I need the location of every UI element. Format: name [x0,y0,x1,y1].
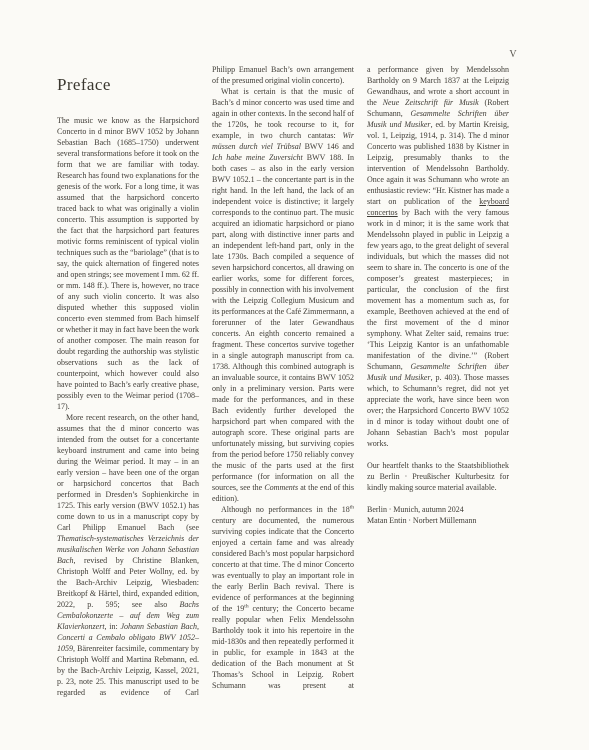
paragraph: What is certain is that the music of Bac… [212,86,354,504]
text-run: century; the Concerto became really popu… [212,604,354,690]
paragraph: The music we know as the Harpsichord Con… [57,115,199,412]
text-run: Although no performances in the 18 [221,505,350,514]
text-run: , ed. by Martin Kreisig, vol. 1, Leipzig… [367,120,509,206]
text-run: Philipp Emanuel Bach’s own arrangement o… [212,65,354,85]
paragraph: Berlin · Munich, autumn 2024 [367,504,509,515]
text-run: Comments [264,483,298,492]
text-run: Neue Zeitschrift für Musik [383,98,479,107]
text-run: century are documented, the numerous sur… [212,516,354,613]
paragraph: Philipp Emanuel Bach’s own arrangement o… [212,64,354,86]
text-run: The music we know as the Harpsichord Con… [57,116,199,411]
page-number: V [506,49,520,60]
paragraph: Our heartfelt thanks to the Staatsbiblio… [367,460,509,493]
text-run: Ich habe meine Zuversicht [212,153,303,162]
text-run: , in: [105,622,121,631]
text-run: , revised by Christine Blanken, Christop… [57,556,199,609]
text-run: Matan Entin · Norbert Müllemann [367,516,476,525]
text-run: What is certain is that the music of Bac… [212,87,354,140]
preface-page: V Preface The music we know as the Harps… [0,0,589,750]
text-run: Berlin · Munich, autumn 2024 [367,505,464,514]
text-column-1: The music we know as the Harpsichord Con… [57,64,199,698]
text-run: Our heartfelt thanks to the Staatsbiblio… [367,461,509,492]
paragraph: More recent research, on the other hand,… [57,412,199,698]
paragraph: Although no performances in the 18th cen… [212,504,354,691]
text-run: BWV 146 and [301,142,354,151]
paragraph: Matan Entin · Norbert Müllemann [367,515,509,526]
text-column-2: Philipp Emanuel Bach’s own arrangement o… [212,64,354,698]
text-column-3: a performance given by Mendelssohn Barth… [367,64,509,698]
text-run: by Bach with the very famous work in d m… [367,208,509,371]
paragraph: a performance given by Mendelssohn Barth… [367,64,509,449]
text-run: , Bärenreiter facsimile, commentary by C… [57,644,199,697]
text-run: , p. 403). Those masses which, to Schuma… [367,373,509,448]
text-run: BWV 188. In both cases – as also in the … [212,153,354,492]
text-run: th [350,504,354,510]
text-columns: The music we know as the Harpsichord Con… [57,64,509,698]
text-run: More recent research, on the other hand,… [57,413,199,532]
